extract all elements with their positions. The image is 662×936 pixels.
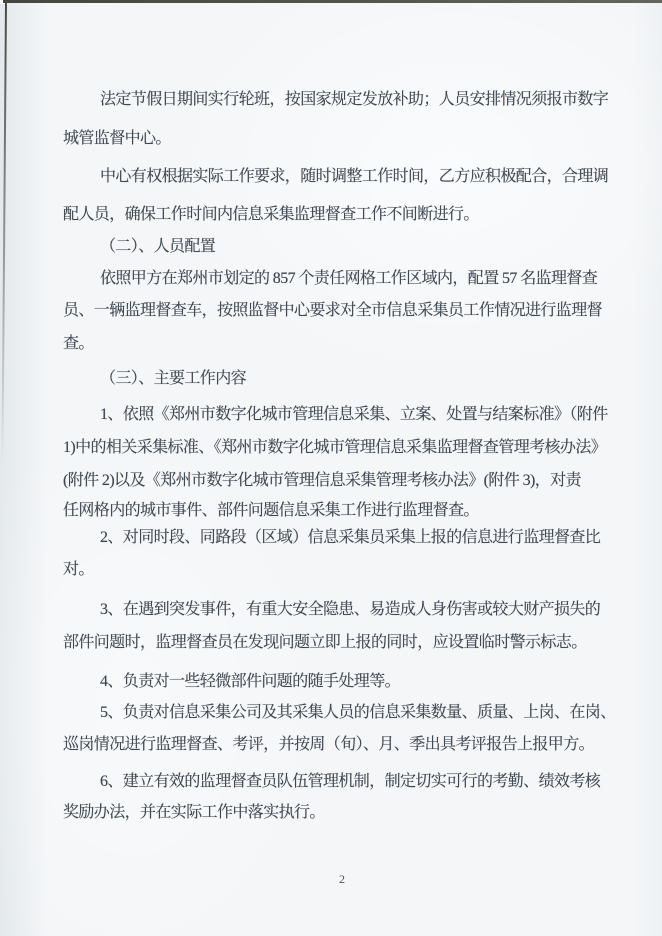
text-line: (附件 2)以及《郑州市数字化城市管理信息采集管理考核办法》(附件 3)，对责 — [63, 470, 581, 492]
text-line: 1、依照《郑州市数字化城市管理信息采集、立案、处置与结案标准》（附件 — [100, 404, 608, 426]
text-line: 5、负责对信息采集公司及其采集人员的信息采集数量、质量、上岗、在岗、 — [100, 702, 616, 724]
text-line: 巡岗情况进行监理督查、考评，并按周（旬）、月、季出具考评报告上报甲方。 — [63, 734, 594, 756]
text-line: 法定节假日期间实行轮班，按国家规定发放补助；人员安排情况须报市数字 — [100, 89, 608, 111]
text-line: 城管监督中心。 — [63, 128, 171, 150]
text-line: 3、在遇到突发事件，有重大安全隐患、易造成人身伤害或较大财产损失的 — [100, 599, 600, 621]
text-line: 依照甲方在郑州市划定的 857 个责任网格工作区域内，配置 57 名监理督查 — [100, 268, 597, 290]
text-line: 配人员，确保工作时间内信息采集监理督查工作不间断进行。 — [63, 204, 479, 226]
text-line: 查。 — [63, 333, 94, 355]
text-line: 部件问题时，监理督查员在发现问题立即上报的同时，应设置临时警示标志。 — [63, 632, 587, 654]
text-line: 中心有权根据实际工作要求，随时调整工作时间，乙方应积极配合，合理调 — [100, 166, 608, 188]
text-line: （三）、主要工作内容 — [100, 368, 246, 390]
text-line: 4、负责对一些轻微部件问题的随手处理等。 — [100, 671, 400, 693]
text-line: 奖励办法，并在实际工作中落实执行。 — [63, 802, 325, 824]
scanned-document-page: 法定节假日期间实行轮班，按国家规定发放补助；人员安排情况须报市数字 城管监督中心… — [0, 0, 662, 936]
text-line: 1)中的相关采集标准、《郑州市数字化城市管理信息采集监理督查管理考核办法》 — [63, 437, 606, 459]
text-line: 6、建立有效的监理督查员队伍管理机制，制定切实可行的考勤、绩效考核 — [100, 771, 600, 793]
text-line: 对。 — [63, 559, 94, 581]
document-body: 法定节假日期间实行轮班，按国家规定发放补助；人员安排情况须报市数字 城管监督中心… — [0, 0, 662, 936]
page-number: 2 — [0, 872, 662, 887]
text-line: 员、一辆监理督查车，按照监督中心要求对全市信息采集员工作情况进行监理督 — [63, 300, 602, 322]
text-line: 2、对同时段、同路段（区域）信息采集员采集上报的信息进行监理督查比 — [100, 527, 600, 549]
text-line: 任网格内的城市事件、部件问题信息采集工作进行监理督查。 — [63, 500, 479, 522]
text-line: （二）、人员配置 — [100, 236, 215, 258]
